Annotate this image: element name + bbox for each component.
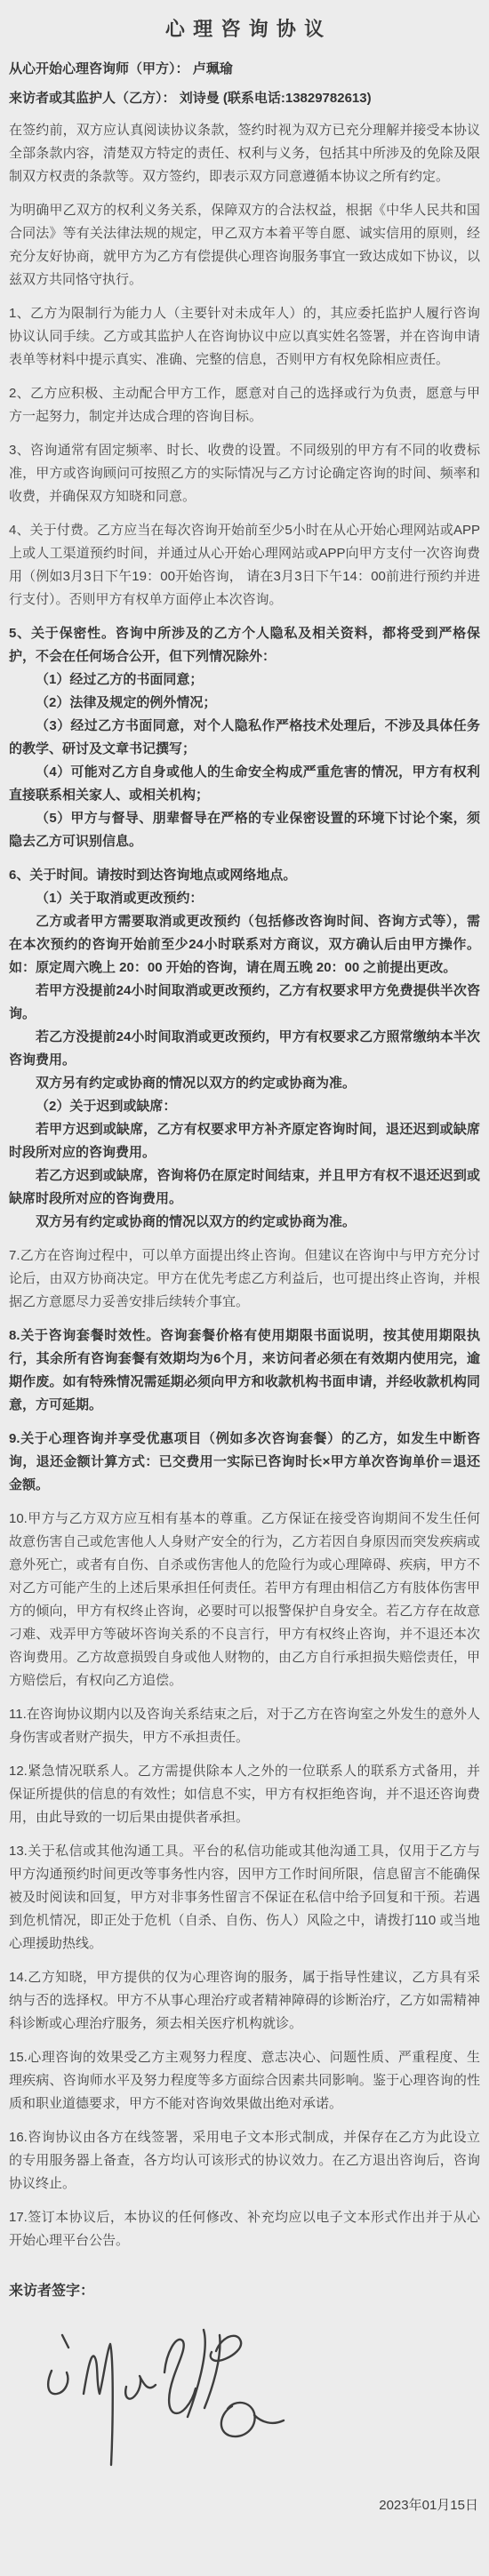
clause-6: 6、关于时间。请按时到达咨询地点或网络地点。 (9, 864, 480, 887)
clause-5: 5、关于保密性。咨询中所涉及的乙方个人隐私及相关资料，都将受到严格保护，不会在任… (9, 622, 480, 668)
clause-12: 12.紧急情况联系人。乙方需提供除本人之外的一位联系人的联系方式备用，并保证所提… (9, 1760, 480, 1829)
clause-6-item-1-detail: 若甲方没提前24小时间取消或更改预约，乙方有权要求甲方免费提供半次咨询。 (9, 980, 480, 1026)
visitor-signature-label: 来访者签字： (9, 2279, 480, 2300)
clause-9: 9.关于心理咨询并享受优惠项目（例如多次咨询套餐）的乙方，如发生中断咨询，退还金… (9, 1428, 480, 1497)
clause-8: 8.关于咨询套餐时效性。咨询套餐价格有使用期限书面说明，按其使用期限执行，其余所… (9, 1324, 480, 1417)
party-b-line: 来访者或其监护人（乙方）： 刘诗曼 (联系电话:13829782613) (9, 89, 480, 108)
clause-5-item-2: （2）法律及规定的例外情况； (9, 692, 480, 715)
clause-6-item-2-detail: 双方另有约定或协商的情况以双方的约定或协商为准。 (9, 1211, 480, 1234)
signature-date: 2023年01月15日 (9, 2495, 480, 2514)
clause-6-item-1-detail: 若乙方没提前24小时间取消或更改预约，甲方有权要求乙方照常缴纳本半次咨询费用。 (9, 1026, 480, 1072)
party-b-label: 来访者或其监护人（乙方）： (9, 91, 176, 106)
agreement-document: 心理咨询协议 从心开始心理咨询师（甲方）： 卢珮瑜 来访者或其监护人（乙方）： … (0, 0, 489, 2576)
clause-6-item-1-detail: 乙方或者甲方需要取消或更改预约（包括修改咨询时间、咨询方式等），需在本次预约的咨… (9, 910, 480, 980)
clause-4: 4、关于付费。乙方应当在每次咨询开始前至少5小时在从心开始心理网站或APP上或人… (9, 519, 480, 612)
party-b-name: 刘诗曼 (联系电话:13829782613) (180, 91, 372, 106)
clause-16: 16.咨询协议由各方在线签署，采用电子文本形式制成，并保存在乙方为此设立的专用服… (9, 2126, 480, 2196)
party-a-name: 卢珮瑜 (193, 61, 233, 76)
clause-5-item-5: （5）甲方与督导、朋辈督导在严格的专业保密设置的环境下讨论个案，须隐去乙方可识别… (9, 807, 480, 853)
clause-2: 2、乙方应积极、主动配合甲方工作，愿意对自己的选择或行为负责，愿意与甲方一起努力… (9, 382, 480, 428)
clause-6-item-2-detail: 若乙方迟到或缺席，咨询将仍在原定时间结束，并且甲方有权不退还迟到或缺席时段所对应… (9, 1164, 480, 1211)
clause-6-item-1: （1）关于取消或更改预约： (9, 887, 480, 910)
clause-1: 1、乙方为限制行为能力人（主要针对未成年人）的，其应委托监护人履行咨询协议认同手… (9, 302, 480, 372)
clause-6-item-2: （2）关于迟到或缺席： (9, 1095, 480, 1118)
clause-3: 3、咨询通常有固定频率、时长、收费的设置。不同级别的甲方有不同的收费标准，甲方或… (9, 439, 480, 508)
clause-11: 11.在咨询协议期内以及咨询关系结束之后，对于乙方在咨询室之外发生的意外人身伤害… (9, 1703, 480, 1749)
clause-5-item-1: （1）经过乙方的书面同意； (9, 668, 480, 692)
clause-17: 17.签订本协议后，本协议的任何修改、补充均应以电子文本形式作出并于从心开始心理… (9, 2206, 480, 2252)
party-a-label: 从心开始心理咨询师（甲方）： (9, 61, 189, 76)
visitor-signature-ink (43, 2321, 287, 2485)
clause-6-item-1-detail: 双方另有约定或协商的情况以双方的约定或协商为准。 (9, 1072, 480, 1095)
preamble-paragraph: 为明确甲乙双方的权利义务关系，保障双方的合法权益，根据《中华人民共和国合同法》等… (9, 199, 480, 292)
party-a-line: 从心开始心理咨询师（甲方）： 卢珮瑜 (9, 60, 480, 79)
clause-14: 14.乙方知晓，甲方提供的仅为心理咨询的服务，属于指导性建议，乙方具有采纳与否的… (9, 1966, 480, 2036)
visitor-signature (43, 2321, 480, 2488)
clause-10: 10.甲方与乙方双方应互相有基本的尊重。乙方保证在接受咨询期间不发生任何故意伤害… (9, 1508, 480, 1692)
clause-13: 13.关于私信或其他沟通工具。平台的私信功能或其他沟通工具，仅用于乙方与甲方沟通… (9, 1840, 480, 1956)
clause-15: 15.心理咨询的效果受乙方主观努力程度、意志决心、问题性质、严重程度、生理疾病、… (9, 2046, 480, 2116)
clause-5-item-3: （3）经过乙方书面同意，对个人隐私作严格技术处理后，不涉及具体任务的教学、研讨及… (9, 715, 480, 761)
clause-6-item-2-detail: 若甲方迟到或缺席，乙方有权要求甲方补齐原定咨询时间，退还迟到或缺席时段所对应的咨… (9, 1118, 480, 1164)
preamble-paragraph: 在签约前，双方应认真阅读协议条款，签约时视为双方已充分理解并接受本协议全部条款内… (9, 119, 480, 188)
page-title: 心理咨询协议 (9, 14, 480, 42)
clause-7: 7.乙方在咨询过程中，可以单方面提出终止咨询。但建议在咨询中与甲方充分讨论后，由… (9, 1244, 480, 1314)
clause-5-item-4: （4）可能对乙方自身或他人的生命安全构成严重危害的情况，甲方有权利直接联系相关家… (9, 761, 480, 807)
